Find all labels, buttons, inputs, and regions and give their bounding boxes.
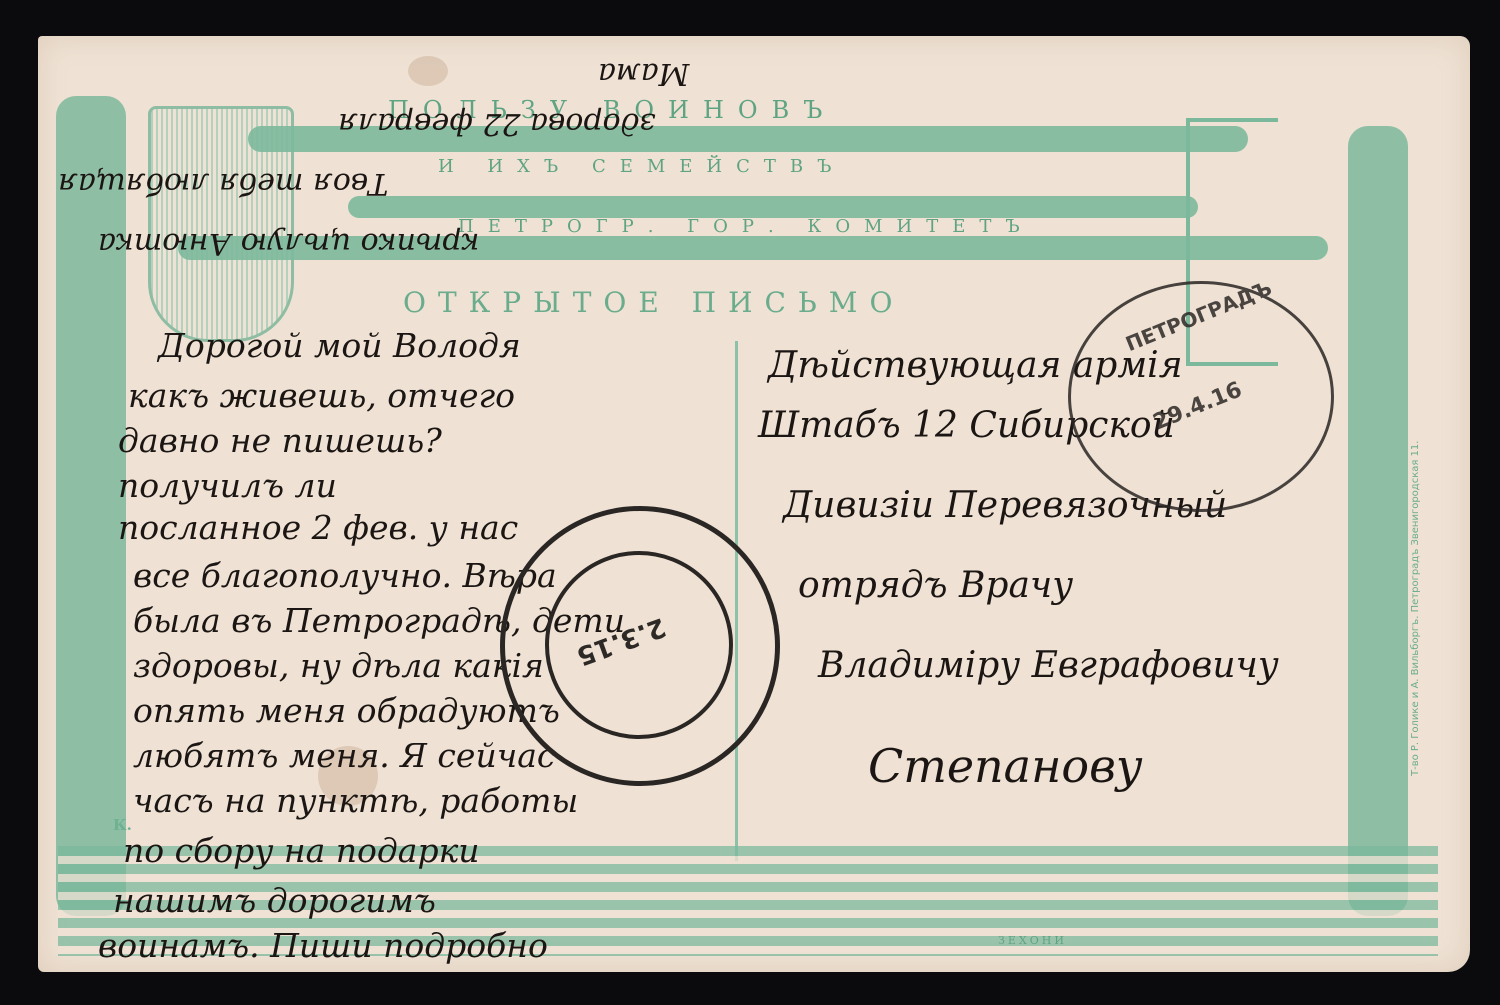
artist-signature: ЗЕХОНИ <box>998 934 1067 947</box>
message-line: получилъ ли <box>118 466 337 506</box>
banner-line-2: И ИХЪ СЕМЕЙСТВЪ <box>438 156 845 177</box>
address-line: Владиміру Евграфовичу <box>818 646 1279 686</box>
message-line: посланное 2 фев. у нас <box>118 508 518 548</box>
address-line: Степанову <box>868 746 1143 786</box>
message-line: опять меня обрадуютъ <box>133 691 560 731</box>
message-line: давно не пишешь? <box>118 421 442 461</box>
note-line-1: Мама <box>598 56 689 91</box>
address-line: отрядъ Врачу <box>798 566 1073 606</box>
note-line-3: Твоя тебя любящая <box>58 166 388 201</box>
postcard: ПОЛЬЗУ ВОИНОВЪ И ИХЪ СЕМЕЙСТВЪ ПЕТРОГР. … <box>38 36 1470 972</box>
message-line: какъ живешь, отчего <box>128 376 515 416</box>
message-line: часъ на пунктѣ, работы <box>133 781 578 821</box>
message-line: нашимъ дорогимъ <box>113 881 436 921</box>
message-line: Дорогой мой Володя <box>158 326 521 366</box>
message-line: здоровы, ну дѣла какія <box>133 646 544 686</box>
card-title: ОТКРЫТОЕ ПИСЬМО <box>403 286 904 319</box>
petrograd-postmark: ПЕТРОГРАДЪ 29.4.16 <box>1068 281 1334 512</box>
printer-imprint: Т-во Р. Голике и А. Вильборгъ. Петроград… <box>1410 441 1421 776</box>
message-line: по сбору на подарки <box>123 831 480 871</box>
banner-line-3: ПЕТРОГР. ГОР. КОМИТЕТЪ <box>458 216 1034 237</box>
postmark-date: 29.4.16 <box>1150 377 1246 435</box>
note-line-4: крѣпко цѣлую Анютка <box>98 226 479 261</box>
note-line-2: здорова 22 февраля <box>338 106 656 141</box>
message-line: воинамъ. Пиши подробно <box>98 926 548 966</box>
message-line: все благополучно. Вѣра <box>133 556 557 596</box>
postmark-city: ПЕТРОГРАДЪ <box>1122 276 1275 356</box>
ornamental-border-right <box>1348 126 1408 916</box>
message-line: любятъ меня. Я сейчас <box>133 736 555 776</box>
field-post-postmark: 2.3.15 <box>500 506 780 786</box>
